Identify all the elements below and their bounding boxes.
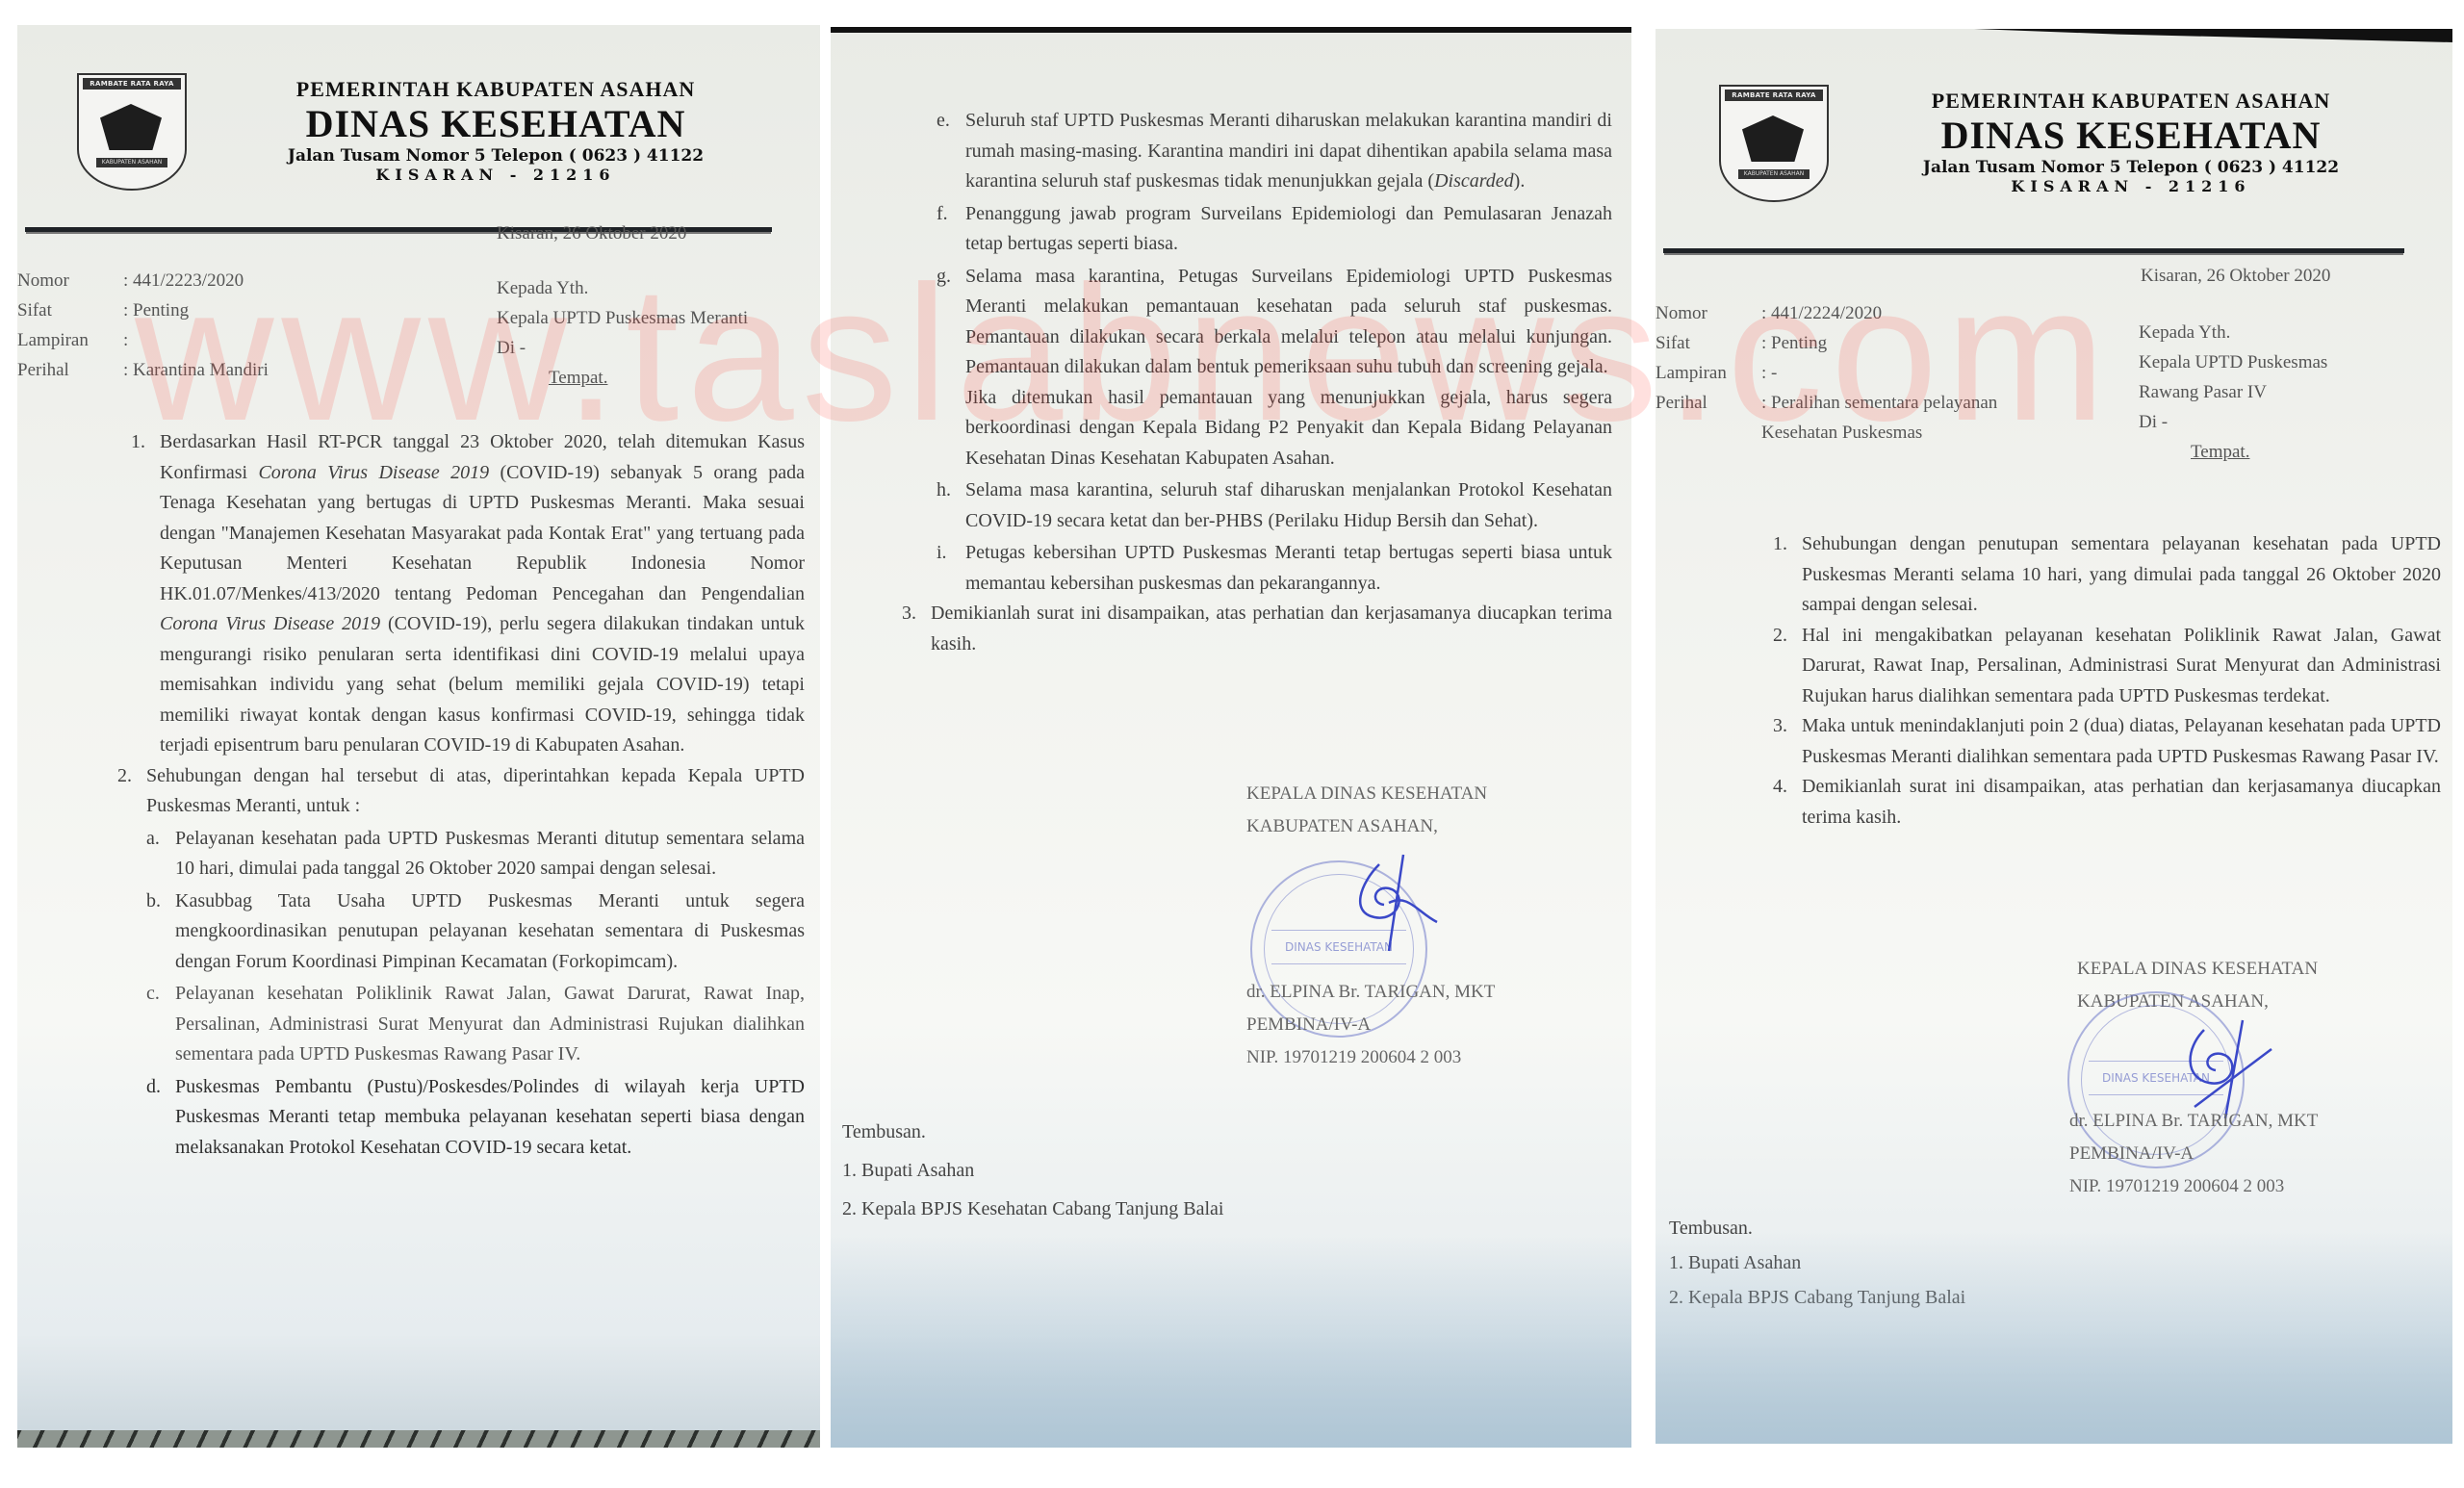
letter-page-1: RAMBATE RATA RAYA KABUPATEN ASAHAN PEMER… [17, 25, 820, 1448]
signatory: dr. ELPINA Br. TARIGAN, MKT PEMBINA/IV-A… [1246, 976, 1495, 1074]
letterhead: RAMBATE RATA RAYA KABUPATEN ASAHAN PEMER… [17, 64, 820, 237]
list-item: 2.Hal ini mengakibatkan pelayanan keseha… [1773, 621, 2441, 712]
letter-body-continued: e.Seluruh staf UPTD Puskesmas Meranti di… [937, 104, 1612, 659]
letterhead: RAMBATE RATA RAYA KABUPATEN ASAHAN PEMER… [1655, 75, 2452, 248]
list-sub-item: e.Seluruh staf UPTD Puskesmas Meranti di… [937, 106, 1612, 197]
letter-meta: Nomor: 441/2223/2020 Sifat: Penting Lamp… [17, 266, 441, 385]
letter-body: 1. Berdasarkan Hasil RT-PCR tanggal 23 O… [131, 427, 805, 1163]
addressee: Kepada Yth. Kepala UPTD Puskesmas Rawang… [2139, 318, 2327, 467]
letter-subject: : Peralihan sementara pelayanan Kesehata… [1761, 388, 2050, 448]
list-item: 3.Demikianlah surat ini disampaikan, ata… [902, 599, 1612, 659]
list-sub-item: a.Pelayanan kesehatan pada UPTD Puskesma… [146, 824, 805, 885]
list-item: 2. Sehubungan dengan hal tersebut di ata… [117, 761, 805, 1164]
letter-page-2: e.Seluruh staf UPTD Puskesmas Meranti di… [831, 27, 1631, 1448]
regency-emblem-icon: RAMBATE RATA RAYA KABUPATEN ASAHAN [1719, 85, 1829, 202]
letter-meta: Nomor: 441/2224/2020 Sifat: Penting Lamp… [1655, 298, 2079, 448]
department-name: DINAS KESEHATAN [1848, 114, 2414, 158]
list-item: 4.Demikianlah surat ini disampaikan, ata… [1773, 772, 2441, 833]
list-item: 1. Berdasarkan Hasil RT-PCR tanggal 23 O… [131, 427, 805, 761]
list-sub-item: g.Selama masa karantina, Petugas Surveil… [937, 262, 1612, 475]
list-sub-item: h.Selama masa karantina, seluruh staf di… [937, 475, 1612, 536]
list-sub-item: c.Pelayanan kesehatan Poliklinik Rawat J… [146, 979, 805, 1070]
signatory-name: dr. ELPINA Br. TARIGAN, MKT [1246, 976, 1495, 1009]
carbon-copy-list: Tembusan. 1. Bupati Asahan 2. Kepala BPJ… [842, 1113, 1223, 1228]
government-name: PEMERINTAH KABUPATEN ASAHAN [210, 77, 782, 102]
addressee: Kepada Yth. Kepala UPTD Puskesmas Merant… [497, 273, 748, 393]
signatory-name: dr. ELPINA Br. TARIGAN, MKT [2069, 1105, 2318, 1138]
letter-page-3: RAMBATE RATA RAYA KABUPATEN ASAHAN PEMER… [1655, 29, 2452, 1444]
department-city: KISARAN - 21216 [210, 166, 782, 184]
list-sub-item: b.Kasubbag Tata Usaha UPTD Puskesmas Mer… [146, 886, 805, 978]
department-name: DINAS KESEHATAN [210, 102, 782, 146]
regency-emblem-icon: RAMBATE RATA RAYA KABUPATEN ASAHAN [77, 73, 187, 191]
letter-subject: : Karantina Mandiri [123, 355, 441, 385]
list-sub-item: i.Petugas kebersihan UPTD Puskesmas Mera… [937, 538, 1612, 599]
list-item: 1. Bupati Asahan [842, 1151, 1223, 1190]
letter-date: Kisaran, 26 Oktober 2020 [497, 223, 686, 244]
department-address: Jalan Tusam Nomor 5 Telepon ( 0623 ) 411… [210, 146, 782, 166]
government-name: PEMERINTAH KABUPATEN ASAHAN [1848, 89, 2414, 114]
letterhead-divider [1663, 248, 2404, 253]
signatory: dr. ELPINA Br. TARIGAN, MKT PEMBINA/IV-A… [2069, 1105, 2318, 1203]
letter-date: Kisaran, 26 Oktober 2020 [2141, 266, 2330, 287]
list-item: 3.Maka untuk menindaklanjuti poin 2 (dua… [1773, 711, 2441, 772]
list-item: 1.Sehubungan dengan penutupan sementara … [1773, 529, 2441, 621]
letter-body: 1.Sehubungan dengan penutupan sementara … [1773, 529, 2441, 833]
list-sub-item: f.Penanggung jawab program Surveilans Ep… [937, 199, 1612, 260]
letter-number: : 441/2224/2020 [1761, 298, 2079, 328]
list-sub-item: d.Puskesmas Pembantu (Pustu)/Poskesdes/P… [146, 1072, 805, 1164]
department-address: Jalan Tusam Nomor 5 Telepon ( 0623 ) 411… [1848, 158, 2414, 177]
signature-icon [1322, 845, 1456, 961]
list-item: 2. Kepala BPJS Kesehatan Cabang Tanjung … [842, 1190, 1223, 1228]
letter-number: : 441/2223/2020 [123, 266, 441, 295]
signature-block: KEPALA DINAS KESEHATAN KABUPATEN ASAHAN, [1246, 778, 1487, 843]
surface-edge [17, 1430, 820, 1448]
department-city: KISARAN - 21216 [1848, 177, 2414, 195]
